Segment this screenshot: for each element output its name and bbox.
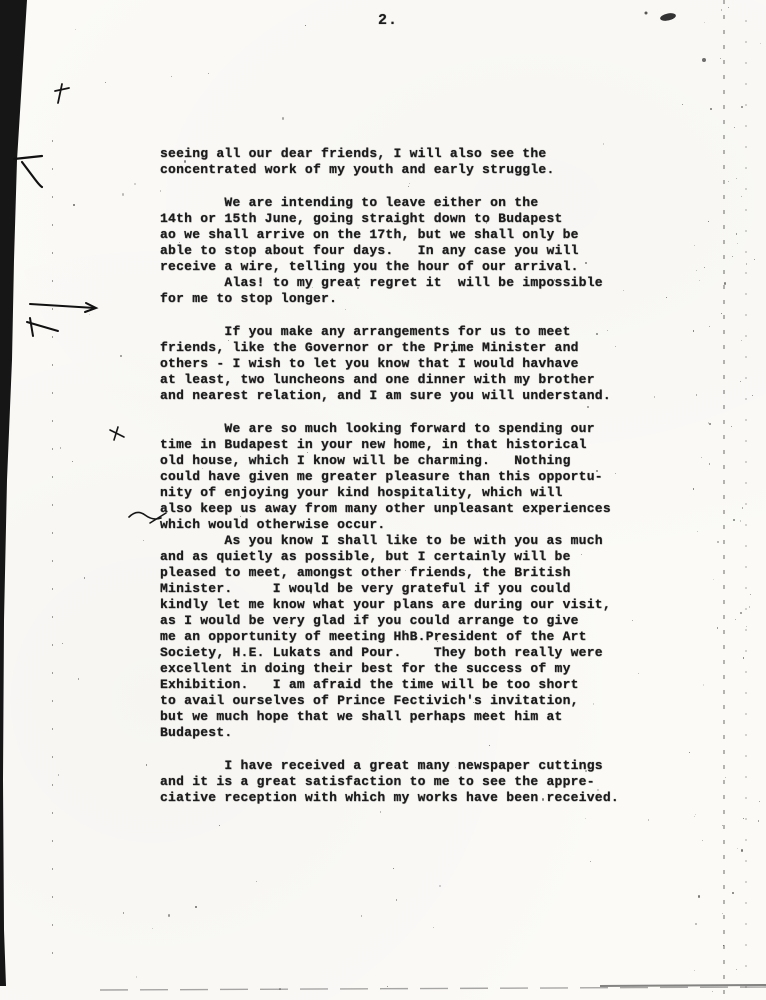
- speckle: [75, 29, 76, 30]
- speckle: [694, 245, 695, 246]
- speckle: [701, 457, 702, 458]
- letter-line: me an opportunity of meeting HhB.Preside…: [160, 629, 640, 645]
- speckle: [666, 297, 667, 298]
- letter-paragraph: seeing all our dear friends, I will also…: [160, 146, 640, 178]
- speckle: [743, 818, 744, 819]
- speckle: [89, 314, 90, 315]
- letter-line: 14th or 15th June, going straight down t…: [160, 211, 640, 227]
- letter-line: We are intending to leave either on the: [160, 195, 640, 211]
- letter-line: friends, like the Governor or the Prime …: [160, 340, 640, 356]
- speckle: [702, 840, 703, 841]
- speckle: [697, 531, 698, 532]
- speckle: [732, 256, 733, 257]
- letter-line: and it is a great satisfaction to me to …: [160, 774, 640, 790]
- speckle: [143, 540, 144, 541]
- speckle: [689, 752, 690, 753]
- speckle: [746, 263, 747, 265]
- speckle: [709, 463, 710, 465]
- speckle: [62, 643, 63, 644]
- pen-mark-arrow: [27, 303, 96, 336]
- speckle: [136, 976, 137, 978]
- speckle: [648, 819, 649, 821]
- speckle: [736, 233, 737, 235]
- speckle: [433, 927, 434, 928]
- speckle: [735, 619, 736, 620]
- speckle: [749, 606, 750, 608]
- speckle: [208, 73, 209, 74]
- letter-line: Budapest.: [160, 725, 640, 741]
- speckle: [733, 519, 735, 521]
- speckle: [743, 657, 744, 659]
- letter-line: Minister. I would be very grateful if yo…: [160, 581, 640, 597]
- letter-line: We are so much looking forward to spendi…: [160, 421, 640, 437]
- letter-line: Exhibition. I am afraid the time will be…: [160, 677, 640, 693]
- speckle: [693, 330, 694, 332]
- letter-line: which would otherwise occur.: [160, 517, 640, 533]
- scan-bottom-line-dark: [600, 985, 766, 986]
- letter-line: also keep us away from many other unplea…: [160, 501, 640, 517]
- letter-paragraph: We are so much looking forward to spendi…: [160, 421, 640, 741]
- letter-paragraph: I have received a great many newspaper c…: [160, 758, 640, 806]
- letter-line: old house, which I know will be charming…: [160, 453, 640, 469]
- speckle: [146, 764, 147, 766]
- speckle: [134, 183, 136, 185]
- letter-line: and nearest relation, and I am sure you …: [160, 388, 640, 404]
- speckle: [152, 928, 153, 929]
- scanned-letter-page: 2. seeing all our dear friends, I will a…: [0, 0, 766, 1000]
- speckle: [740, 381, 741, 382]
- speckle: [746, 626, 747, 627]
- speckle: [709, 326, 710, 327]
- speckle: [731, 426, 732, 427]
- speckle: [72, 461, 73, 462]
- letter-line: excellent in doing their best for the su…: [160, 661, 640, 677]
- letter-line: I have received a great many newspaper c…: [160, 758, 640, 774]
- speckle: [741, 106, 743, 108]
- speckle: [699, 280, 700, 281]
- letter-line: but we much hope that we shall perhaps m…: [160, 709, 640, 725]
- speckle: [740, 612, 742, 614]
- speckle: [703, 684, 704, 686]
- letter-line: receive a wire, telling you the hour of …: [160, 259, 640, 275]
- speckle: [694, 816, 695, 817]
- letter-line: as I would be very glad if you could arr…: [160, 613, 640, 629]
- speckle: [728, 181, 729, 182]
- speckle: [695, 923, 697, 925]
- speckle: [387, 986, 388, 987]
- letter-line: Alas! to my great regret it will be impo…: [160, 275, 640, 291]
- speckle: [741, 340, 742, 341]
- speckle: [760, 43, 761, 44]
- speckle: [78, 678, 79, 680]
- speckle: [722, 913, 723, 914]
- speckle: [396, 899, 397, 901]
- speckle: [737, 243, 738, 244]
- speckle: [171, 76, 172, 77]
- letter-paragraph: We are intending to leave either on the1…: [160, 195, 640, 307]
- letter-line: concentrated work of my youth and early …: [160, 162, 640, 178]
- speckle: [709, 423, 711, 425]
- speckle: [696, 394, 697, 396]
- speckle: [256, 881, 257, 882]
- speckle: [723, 945, 724, 946]
- speckle: [704, 22, 705, 23]
- letter-line: for me to stop longer.: [160, 291, 640, 307]
- letter-line: could have given me greater pleasure tha…: [160, 469, 640, 485]
- speckle: [672, 18, 673, 19]
- speckle: [712, 991, 713, 992]
- speckle: [736, 178, 737, 179]
- speckle: [750, 594, 751, 595]
- speckle: [754, 259, 755, 260]
- speckle: [219, 825, 220, 826]
- scan-left-edge: [0, 0, 27, 986]
- speckle: [710, 108, 712, 110]
- speckle: [195, 906, 197, 908]
- speckle: [694, 970, 695, 971]
- speckle: [741, 196, 742, 197]
- speckle: [393, 868, 394, 869]
- ink-dot-2: [702, 58, 706, 62]
- speckle: [737, 848, 738, 849]
- letter-line: nity of enjoying your kind hospitality, …: [160, 485, 640, 501]
- letter-line: ao we shall arrive on the 17th, but we s…: [160, 227, 640, 243]
- letter-line: Society, H.E. Lukats and Pour. They both…: [160, 645, 640, 661]
- letter-line: If you make any arrangements for us to m…: [160, 324, 640, 340]
- ink-dot: [645, 12, 648, 15]
- letter-line: and as quietly as possible, but I certai…: [160, 549, 640, 565]
- ink-smudge: [659, 12, 676, 22]
- pen-mark-check: [14, 156, 42, 187]
- speckle: [725, 777, 726, 778]
- speckle: [305, 25, 306, 26]
- speckle: [713, 579, 714, 580]
- speckle: [120, 355, 122, 357]
- letter-body: seeing all our dear friends, I will also…: [160, 146, 640, 823]
- speckle: [123, 912, 124, 914]
- speckle: [708, 422, 709, 424]
- speckle: [758, 820, 759, 822]
- pen-mark-cross: [110, 427, 124, 440]
- speckle: [717, 541, 719, 543]
- speckle: [696, 270, 697, 271]
- speckle: [590, 861, 591, 862]
- letter-line: As you know I shall like to be with you …: [160, 533, 640, 549]
- speckle: [752, 395, 753, 396]
- speckle: [122, 193, 124, 196]
- speckle: [282, 117, 284, 120]
- speckle: [708, 221, 709, 222]
- speckle: [736, 969, 737, 970]
- speckle: [741, 849, 743, 852]
- speckle: [724, 282, 726, 285]
- speckle: [732, 892, 734, 894]
- scan-bottom-line: [100, 987, 766, 990]
- speckle: [84, 577, 85, 579]
- speckle: [439, 885, 441, 887]
- speckle: [654, 396, 655, 398]
- speckle: [682, 104, 683, 105]
- letter-line: pleased to meet, amongst other friends, …: [160, 565, 640, 581]
- speckle: [168, 914, 170, 917]
- speckle: [722, 825, 723, 826]
- letter-line: able to stop about four days. In any cas…: [160, 243, 640, 259]
- speckle: [740, 520, 741, 522]
- speckle: [695, 814, 696, 815]
- speckle: [73, 204, 75, 206]
- speckle: [734, 127, 735, 128]
- speckle: [60, 447, 61, 449]
- letter-line: time in Budapest in your new home, in th…: [160, 437, 640, 453]
- page-number: 2.: [378, 12, 398, 29]
- speckle: [279, 988, 281, 990]
- letter-line: seeing all our dear friends, I will also…: [160, 146, 640, 162]
- speckle: [698, 895, 700, 898]
- speckle: [693, 488, 694, 490]
- speckle: [759, 801, 760, 802]
- speckle: [361, 915, 362, 917]
- speckle: [717, 627, 718, 629]
- speckle: [721, 9, 722, 11]
- pen-mark-tick-top: [55, 84, 69, 103]
- speckle: [728, 7, 729, 8]
- speckle: [742, 507, 743, 509]
- speckle: [58, 774, 59, 776]
- speckle: [105, 82, 106, 83]
- speckle: [721, 313, 722, 314]
- letter-line: others - I wish to let you know that I w…: [160, 356, 640, 372]
- letter-line: kindly let me know what your plans are d…: [160, 597, 640, 613]
- speckle: [704, 267, 705, 268]
- letter-line: at least, two luncheons and one dinner w…: [160, 372, 640, 388]
- letter-line: ciative reception with which my works ha…: [160, 790, 640, 806]
- speckle: [720, 58, 721, 59]
- letter-paragraph: If you make any arrangements for us to m…: [160, 324, 640, 404]
- letter-line: to avail ourselves of Prince Fectivich's…: [160, 693, 640, 709]
